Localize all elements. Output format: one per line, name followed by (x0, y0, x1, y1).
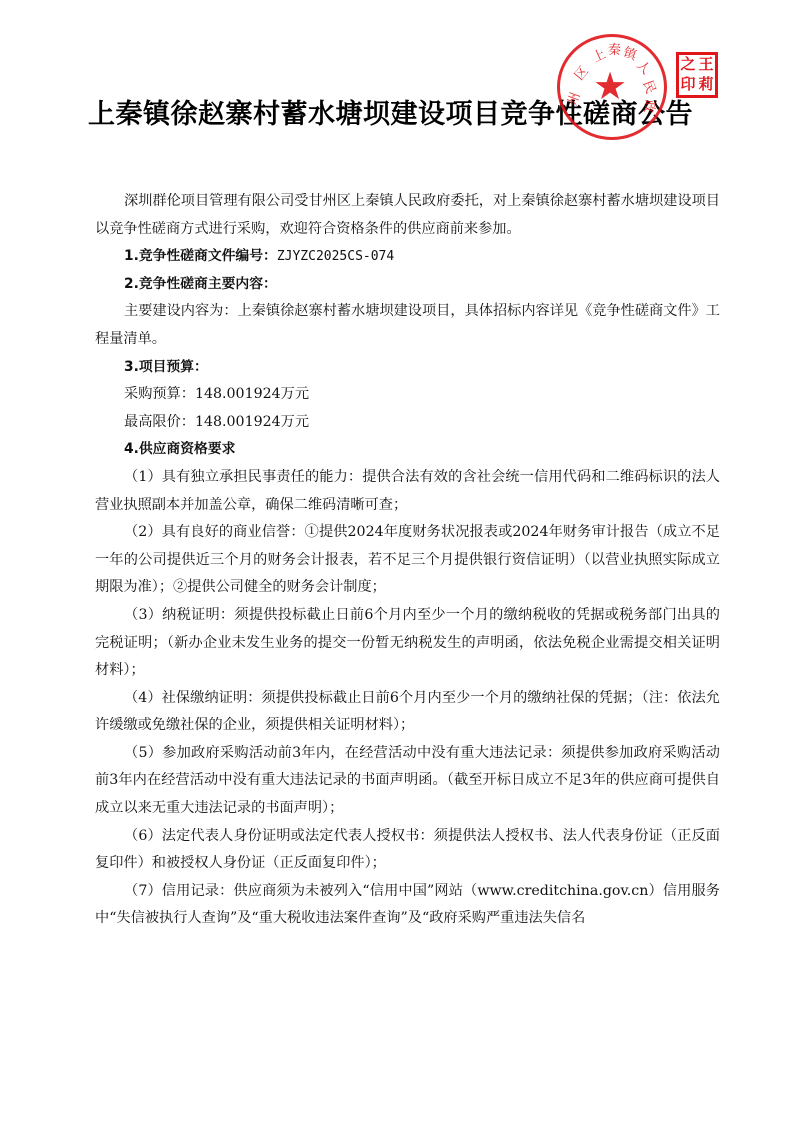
section-2-content: 主要建设内容为：上秦镇徐赵寨村蓄水塘坝建设项目，具体招标内容详见《竞争性磋商文件… (95, 298, 720, 353)
seal-text-char: 秦 (608, 39, 621, 58)
seal-text-char: 州 (561, 89, 583, 108)
max-price-line: 最高限价：148.001924万元 (95, 409, 720, 437)
seal-char: 王 (697, 55, 715, 75)
requirement-item: （1）具有独立承担民事责任的能力：提供合法有效的含社会统一信用代码和二维码标识的… (95, 464, 720, 519)
requirement-item: （5）参加政府采购活动前3年内，在经营活动中没有重大违法记录：须提供参加政府采购… (95, 740, 720, 823)
seal-char: 之 (679, 55, 697, 75)
personal-square-seal: 之 王 印 莉 (676, 52, 718, 98)
section-4-heading: 4.供应商资格要求 (95, 436, 720, 464)
official-round-seal: ★ 州 区 上 秦 镇 人 民 政 (557, 34, 667, 140)
budget-line: 采购预算：148.001924万元 (95, 381, 720, 409)
seal-text-char: 民 (639, 77, 661, 96)
seal-text-char: 人 (633, 55, 656, 78)
document-page: ★ 州 区 上 秦 镇 人 民 政 之 王 印 莉 上秦镇徐赵寨村蓄水塘坝建设项… (0, 0, 794, 1123)
section-2-heading: 2.竞争性磋商主要内容： (95, 271, 720, 299)
requirement-item: （3）纳税证明：须提供投标截止日前6个月内至少一个月的缴纳税收的凭据或税务部门出… (95, 602, 720, 685)
intro-paragraph: 深圳群伦项目管理有限公司受甘州区上秦镇人民政府委托，对上秦镇徐赵寨村蓄水塘坝建设… (95, 188, 720, 243)
requirement-item: （7）信用记录：供应商须为未被列入“信用中国”网站（www.creditchin… (95, 878, 720, 933)
section-1: 1.竞争性磋商文件编号：ZJYZC2025CS-074 (95, 243, 720, 271)
star-icon: ★ (593, 67, 627, 105)
section-3-heading: 3.项目预算： (95, 354, 720, 382)
document-number: ZJYZC2025CS-074 (277, 249, 394, 264)
requirement-item: （2）具有良好的商业信誉：①提供2024年度财务状况报表或2024年财务审计报告… (95, 519, 720, 602)
section-1-heading: 1.竞争性磋商文件编号： (124, 248, 277, 264)
seal-text-char: 区 (569, 61, 592, 83)
seal-char: 莉 (697, 75, 715, 95)
document-body: 深圳群伦项目管理有限公司受甘州区上秦镇人民政府委托，对上秦镇徐赵寨村蓄水塘坝建设… (95, 188, 720, 933)
requirement-item: （6）法定代表人身份证明或法定代表人授权书：须提供法人授权书、法人代表身份证（正… (95, 823, 720, 878)
seal-text-char: 上 (589, 43, 609, 66)
seal-char: 印 (679, 75, 697, 95)
seal-text-char: 政 (640, 99, 660, 114)
seal-text-char: 镇 (621, 41, 640, 63)
requirement-item: （4）社保缴纳证明：须提供投标截止日前6个月内至少一个月的缴纳社保的凭据；（注：… (95, 685, 720, 740)
